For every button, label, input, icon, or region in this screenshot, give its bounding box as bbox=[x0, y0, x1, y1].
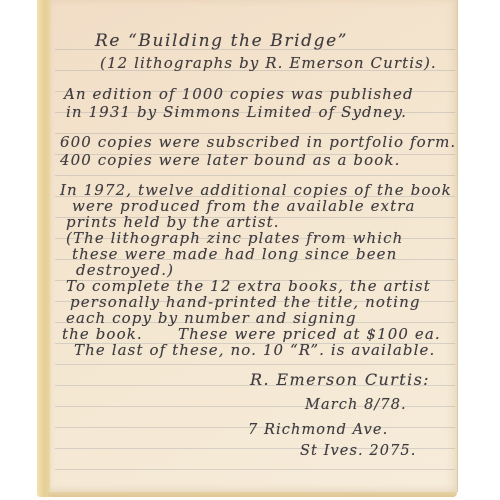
handwritten-line: 600 copies were subscribed in portfolio … bbox=[60, 135, 456, 150]
notebook-page-bottom-edge bbox=[47, 492, 457, 497]
handwritten-line: in 1931 by Simmons Limited of Sydney. bbox=[66, 105, 407, 120]
handwritten-line: personally hand-printed the title, notin… bbox=[70, 295, 421, 310]
handwritten-line: 400 copies were later bound as a book. bbox=[60, 153, 400, 168]
handwritten-line: the book. These were priced at $100 ea. bbox=[62, 327, 441, 342]
notebook-page-left-edge bbox=[37, 0, 51, 497]
handwritten-line: An edition of 1000 copies was published bbox=[64, 87, 414, 102]
handwritten-line: destroyed.) bbox=[76, 263, 174, 278]
notebook-page: Re “Building the Bridge” (12 lithographs… bbox=[50, 0, 458, 492]
address-suburb: St Ives. 2075. bbox=[300, 444, 416, 459]
handwritten-line: The last of these, no. 10 “R”. is availa… bbox=[74, 343, 435, 358]
handwritten-line: these were made had long since been bbox=[72, 247, 397, 262]
handwritten-line: In 1972, twelve additional copies of the… bbox=[60, 183, 452, 198]
handwritten-line: each copy by number and signing bbox=[66, 311, 357, 326]
handwritten-line: prints held by the artist. bbox=[66, 215, 280, 230]
signature-date: March 8/78. bbox=[305, 398, 407, 413]
signature-name: R. Emerson Curtis: bbox=[250, 372, 430, 388]
handwritten-line: To complete the 12 extra books, the arti… bbox=[66, 279, 431, 294]
handwritten-line: were produced from the available extra bbox=[72, 199, 416, 214]
subject-line: Re “Building the Bridge” bbox=[95, 33, 348, 50]
address-street: 7 Richmond Ave. bbox=[248, 423, 388, 438]
handwritten-line: (The lithograph zinc plates from which bbox=[66, 231, 403, 246]
subject-detail-line: (12 lithographs by R. Emerson Curtis). bbox=[100, 56, 437, 71]
letter-photo: Re “Building the Bridge” (12 lithographs… bbox=[0, 0, 500, 500]
